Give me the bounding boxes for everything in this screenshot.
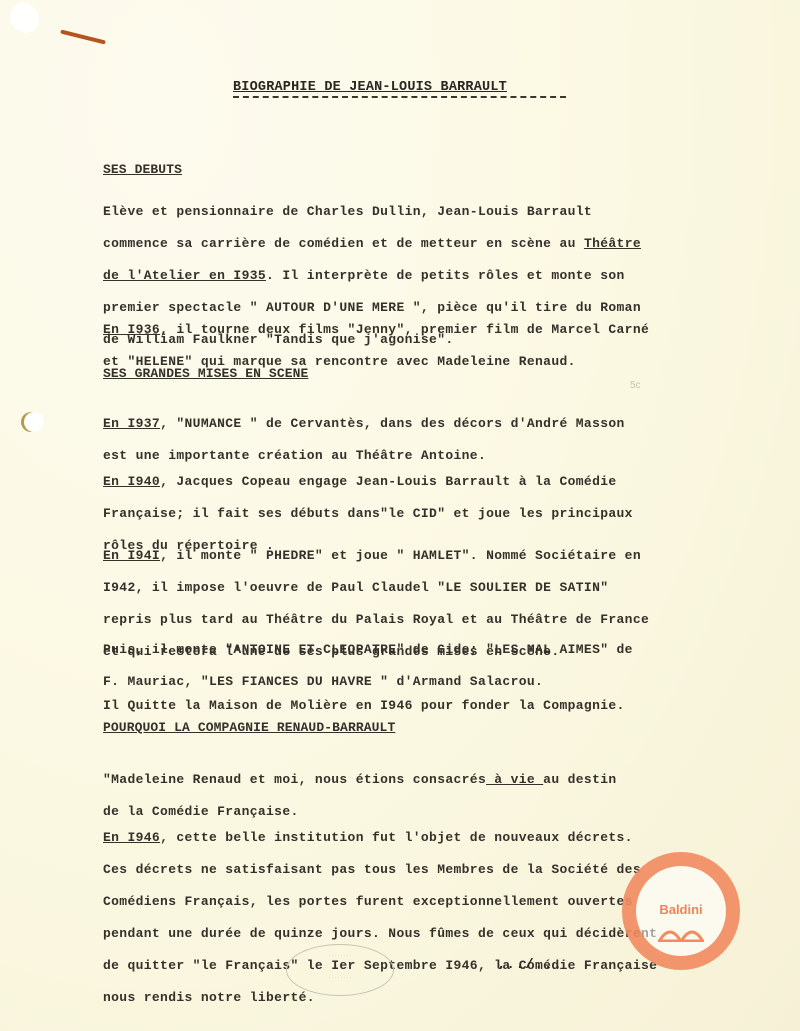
text-line: I942, il impose l'oeuvre de Paul Claudel…: [103, 580, 783, 596]
text-line: nous rendis notre liberté.: [103, 990, 783, 1006]
text-fragment: , il tourne deux films "Jenny", premier …: [160, 322, 649, 337]
text-line: commence sa carrière de comédien et de m…: [103, 236, 783, 252]
underlined-text: En I940: [103, 474, 160, 489]
underlined-text: En I94I: [103, 548, 160, 563]
text-fragment: , il monte " PHEDRE" et joue " HAMLET". …: [160, 548, 641, 563]
text-line: "Madeleine Renaud et moi, nous étions co…: [103, 772, 783, 788]
text-fragment: . Il interprète de petits rôles et monte…: [266, 268, 625, 283]
title-underline: [233, 96, 566, 98]
text-line: de l'Atelier en I935. Il interprète de p…: [103, 268, 783, 284]
watermark-label: Baldini: [636, 902, 726, 917]
text-fragment: , cette belle institution fut l'objet de…: [160, 830, 633, 845]
text-line: Française; il fait ses débuts dans"le CI…: [103, 506, 783, 522]
text-line: En I94I, il monte " PHEDRE" et joue " HA…: [103, 548, 783, 564]
underlined-text: En I946: [103, 830, 160, 845]
section-heading-pourquoi: POURQUOI LA COMPAGNIE RENAUD-BARRAULT: [103, 720, 395, 736]
text-line: En I937, "NUMANCE " de Cervantès, dans d…: [103, 416, 783, 432]
pencil-annotation: 5c: [630, 380, 641, 391]
library-stamp: · · · · · · · · · · · · · · · · · · ·: [286, 944, 394, 996]
text-line: Elève et pensionnaire de Charles Dullin,…: [103, 204, 783, 220]
underlined-text: Théâtre: [584, 236, 641, 251]
text-line: En I940, Jacques Copeau engage Jean-Loui…: [103, 474, 783, 490]
underlined-text: à vie: [486, 772, 543, 787]
paper-tear: [5, 0, 46, 38]
underlined-text: En I937: [103, 416, 160, 431]
book-arch-icon: [658, 922, 704, 942]
section-heading-mises-en-scene: SES GRANDES MISES EN SCENE: [103, 366, 308, 382]
document-page: BIOGRAPHIE DE JEAN-LOUIS BARRAULT SES DE…: [0, 0, 800, 1031]
baldini-watermark: Baldini: [622, 852, 740, 970]
text-line: Puis, il monte "ANTOINE ET CLEOPATRE" de…: [103, 642, 783, 658]
document-title: BIOGRAPHIE DE JEAN-LOUIS BARRAULT: [233, 80, 507, 95]
section-heading-debuts: SES DEBUTS: [103, 162, 182, 178]
text-fragment: au destin: [543, 772, 616, 787]
text-line: Il Quitte la Maison de Molière en I946 p…: [103, 698, 783, 714]
punch-hole: [24, 412, 44, 432]
text-fragment: , Jacques Copeau engage Jean-Louis Barra…: [160, 474, 616, 489]
text-fragment: , "NUMANCE " de Cervantès, dans des déco…: [160, 416, 625, 431]
underlined-text: de l'Atelier en I935: [103, 268, 266, 283]
underlined-text: En I936: [103, 322, 160, 337]
text-fragment: commence sa carrière de comédien et de m…: [103, 236, 584, 251]
page-continuation: .../...: [497, 957, 563, 973]
text-fragment: "Madeleine Renaud et moi, nous étions co…: [103, 772, 486, 787]
text-line: En I936, il tourne deux films "Jenny", p…: [103, 322, 783, 338]
staple-mark: [60, 29, 106, 44]
text-line: En I946, cette belle institution fut l'o…: [103, 830, 783, 846]
